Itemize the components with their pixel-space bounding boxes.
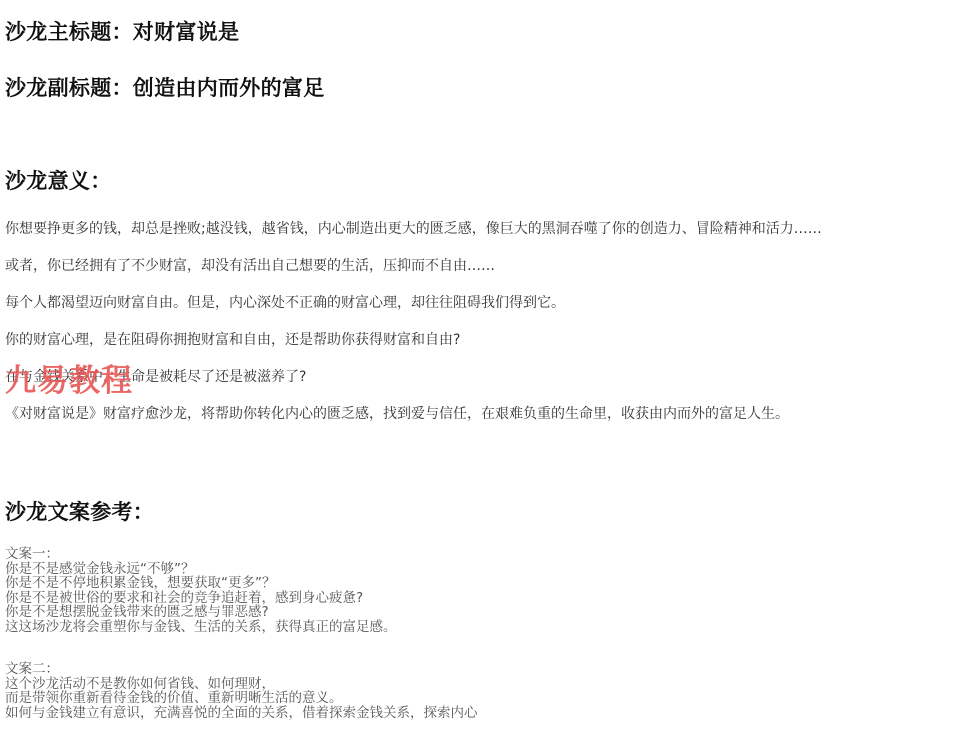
sub-title-heading: 沙龙副标题：创造由内而外的富足 xyxy=(5,72,325,102)
copy-one-line: 你是不是感觉金钱永远“不够”？ xyxy=(5,562,397,577)
copy-one-label: 文案一： xyxy=(5,547,397,562)
copy-two-line: 而是带领你重新看待金钱的价值、重新明晰生活的意义。 xyxy=(5,691,478,706)
main-title-heading: 沙龙主标题：对财富说是 xyxy=(5,16,239,46)
meaning-paragraph-4: 你的财富心理，是在阻碍你拥抱财富和自由，还是帮助你获得财富和自由? xyxy=(5,329,460,349)
meaning-paragraph-5: 在与金钱关系中，生命是被耗尽了还是被滋养了? xyxy=(5,366,306,386)
copy-two-label: 文案二： xyxy=(5,662,478,677)
copy-one-line: 你是不是想摆脱金钱带来的匮乏感与罪恶感? xyxy=(5,605,397,620)
meaning-paragraph-3: 每个人都渴望迈向财富自由。但是，内心深处不正确的财富心理，却往往阻碍我们得到它。 xyxy=(5,292,565,312)
copy-reference-heading: 沙龙文案参考： xyxy=(5,496,154,526)
copy-two-line: 如何与金钱建立有意识，充满喜悦的全面的关系，借着探索金钱关系，探索内心 xyxy=(5,706,478,721)
copy-one-line: 你是不是不停地积累金钱，想要获取“更多”？ xyxy=(5,576,397,591)
copy-one-line: 这这场沙龙将会重塑你与金钱、生活的关系，获得真正的富足感。 xyxy=(5,620,397,635)
meaning-heading: 沙龙意义： xyxy=(5,165,112,195)
copy-one-block: 文案一： 你是不是感觉金钱永远“不够”？ 你是不是不停地积累金钱，想要获取“更多… xyxy=(5,547,397,634)
meaning-paragraph-1: 你想要挣更多的钱，却总是挫败;越没钱，越省钱，内心制造出更大的匮乏感，像巨大的黑… xyxy=(5,218,822,238)
copy-two-line: 这个沙龙活动不是教你如何省钱、如何理财， xyxy=(5,677,478,692)
meaning-paragraph-6: 《对财富说是》财富疗愈沙龙，将帮助你转化内心的匮乏感，找到爱与信任，在艰难负重的… xyxy=(5,403,789,423)
meaning-paragraph-2: 或者，你已经拥有了不少财富，却没有活出自己想要的生活，压抑而不自由…… xyxy=(5,255,495,275)
copy-two-block: 文案二： 这个沙龙活动不是教你如何省钱、如何理财， 而是带领你重新看待金钱的价值… xyxy=(5,662,478,720)
copy-one-line: 你是不是被世俗的要求和社会的竞争追赶着，感到身心疲惫? xyxy=(5,591,397,606)
